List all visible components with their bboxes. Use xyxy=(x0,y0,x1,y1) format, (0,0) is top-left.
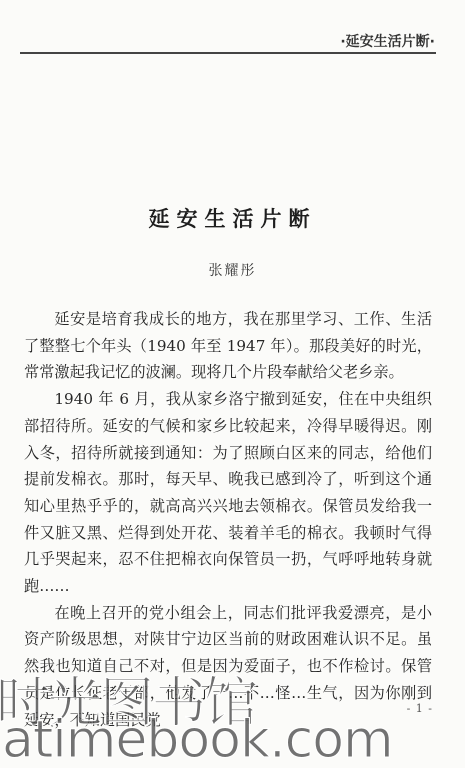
header-rule-divider xyxy=(20,52,436,54)
paragraph-2: 1940 年 6 月，我从家乡洛宁撤到延安，住在中央组织部招待所。延安的气候和家… xyxy=(24,386,432,600)
watermark-url: atimebook.com xyxy=(2,710,393,768)
page-number: - 1 - xyxy=(407,702,433,715)
running-header-title: ·延安生活片断· xyxy=(340,31,435,51)
article-title: 延安生活片断 xyxy=(0,203,465,233)
paragraph-1: 延安是培育我成长的地方，我在那里学习、工作、生活了整整七个年头（1940 年至 … xyxy=(24,306,432,386)
article-author: 张耀彤 xyxy=(0,260,465,280)
